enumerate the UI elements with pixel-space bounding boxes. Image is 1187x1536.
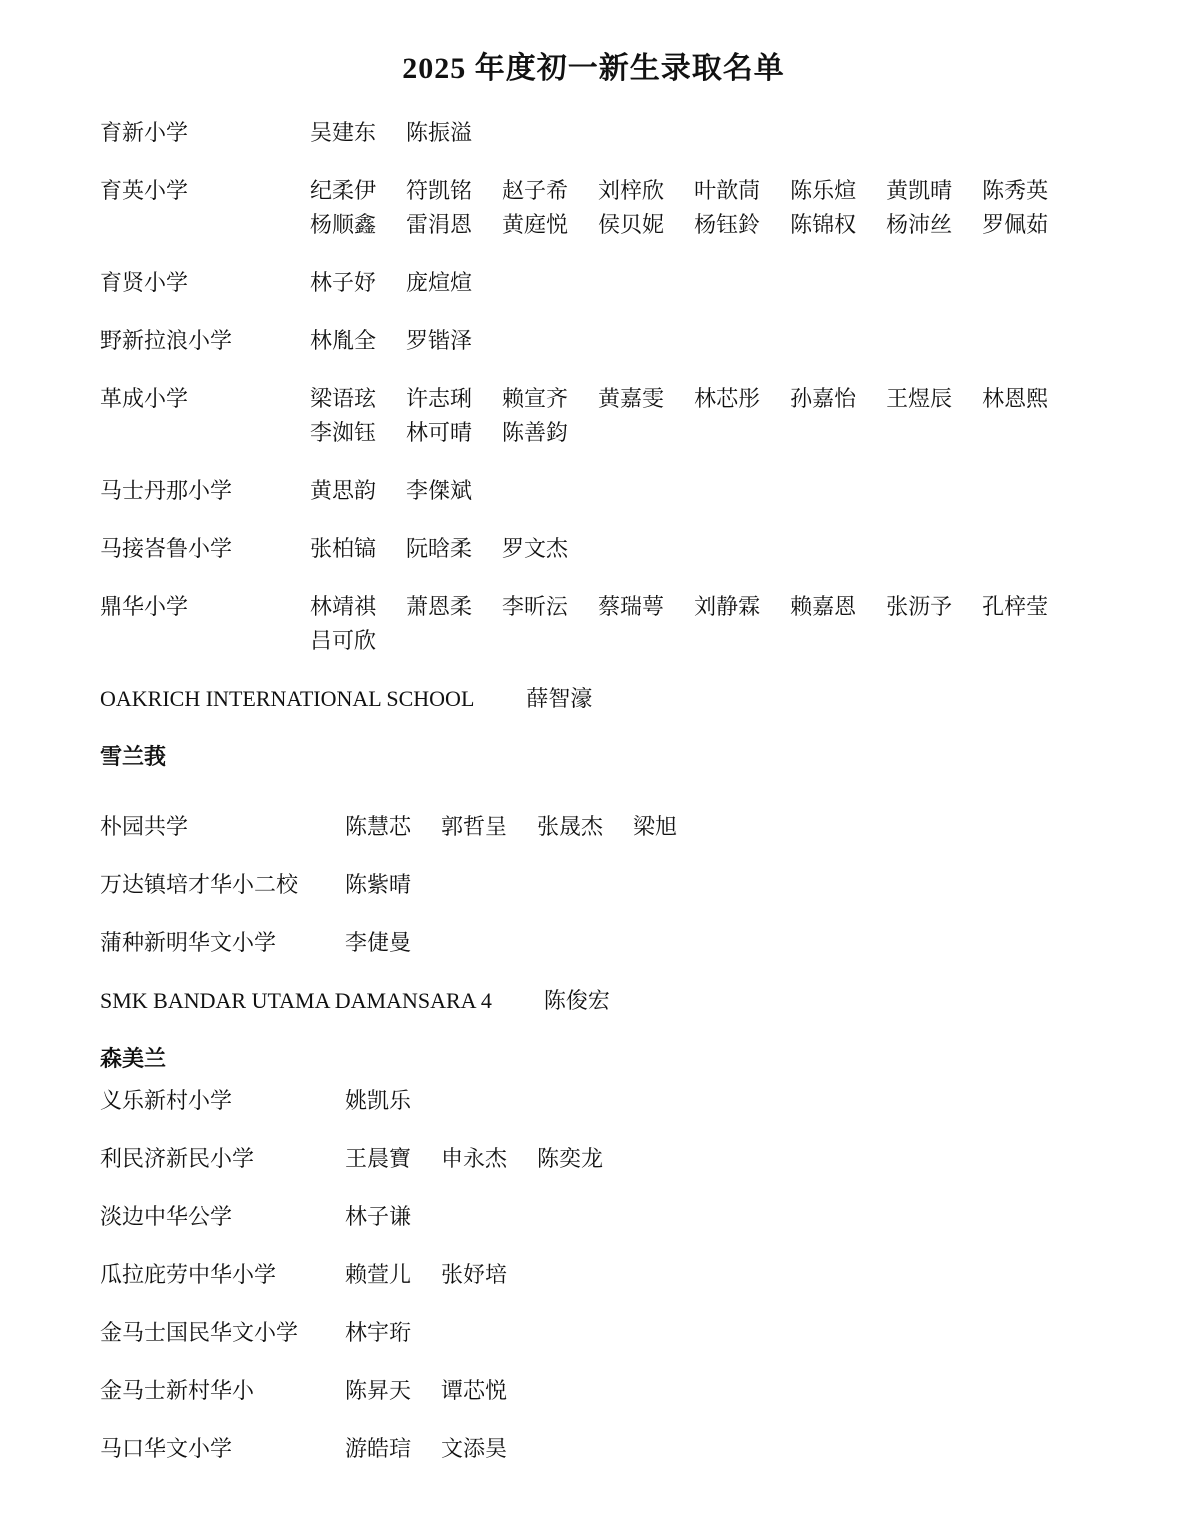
student-name: 李倢曼 xyxy=(345,926,411,960)
student-name: 赵子希 xyxy=(502,174,568,208)
student-list: 纪柔伊符凯铭赵子希刘梓欣叶歆茼陈乐煊黄凯晴陈秀英杨顺鑫雷涓恩黄庭悦侯贝妮杨钰鈴陈… xyxy=(310,174,1087,242)
student-name: 陈振溢 xyxy=(406,116,472,150)
school-row: 万达镇培才华小二校陈紫晴 xyxy=(100,868,1087,902)
student-list: 陈慧芯郭哲呈张晟杰梁旭 xyxy=(345,810,1087,844)
student-name: 赖萱儿 xyxy=(345,1258,411,1292)
student-name: 张沥予 xyxy=(886,590,952,624)
school-name: 万达镇培才华小二校 xyxy=(100,868,345,902)
student-name: 黄庭悦 xyxy=(502,208,568,242)
student-name: 杨顺鑫 xyxy=(310,208,376,242)
student-name: 刘梓欣 xyxy=(598,174,664,208)
student-name: 郭哲呈 xyxy=(441,810,507,844)
student-list: 王晨寶申永杰陈奕龙 xyxy=(345,1142,1087,1176)
school-name: 金马士新村华小 xyxy=(100,1374,345,1408)
student-list: 林胤全罗锴泽 xyxy=(310,324,1087,358)
school-name: 马士丹那小学 xyxy=(100,474,310,508)
school-name: 瓜拉庇劳中华小学 xyxy=(100,1258,345,1292)
student-name: 文添昊 xyxy=(441,1432,507,1466)
student-name: 林宇珩 xyxy=(345,1316,411,1350)
student-name: 萧恩柔 xyxy=(406,590,472,624)
school-name: 马接峇鲁小学 xyxy=(100,532,310,566)
school-row: 金马士新村华小陈昇天谭芯悦 xyxy=(100,1374,1087,1408)
section: 育新小学吴建东陈振溢育英小学纪柔伊符凯铭赵子希刘梓欣叶歆茼陈乐煊黄凯晴陈秀英杨顺… xyxy=(100,116,1087,716)
school-row: SMK BANDAR UTAMA DAMANSARA 4陈俊宏 xyxy=(100,984,1087,1018)
school-name: SMK BANDAR UTAMA DAMANSARA 4 xyxy=(100,984,544,1018)
student-name: 黄凯晴 xyxy=(886,174,952,208)
school-row: 育新小学吴建东陈振溢 xyxy=(100,116,1087,150)
student-list: 游皓琂文添昊 xyxy=(345,1432,1087,1466)
student-name: 陈俊宏 xyxy=(544,984,610,1018)
student-name: 陈乐煊 xyxy=(790,174,856,208)
school-row: 革成小学梁语玹许志琍赖宣齐黄嘉雯林芯彤孙嘉怡王煜辰林恩熙李洳钰林可晴陈善鈞 xyxy=(100,382,1087,450)
school-row: OAKRICH INTERNATIONAL SCHOOL薛智濠 xyxy=(100,682,1087,716)
student-name: 吴建东 xyxy=(310,116,376,150)
school-row: 育英小学纪柔伊符凯铭赵子希刘梓欣叶歆茼陈乐煊黄凯晴陈秀英杨顺鑫雷涓恩黄庭悦侯贝妮… xyxy=(100,174,1087,242)
school-row: 育贤小学林子妤庞煊煊 xyxy=(100,266,1087,300)
school-row: 利民济新民小学王晨寶申永杰陈奕龙 xyxy=(100,1142,1087,1176)
school-row: 金马士国民华文小学林宇珩 xyxy=(100,1316,1087,1350)
student-name: 陈昇天 xyxy=(345,1374,411,1408)
student-name: 梁语玹 xyxy=(310,382,376,416)
student-name: 李傑斌 xyxy=(406,474,472,508)
school-name: 育英小学 xyxy=(100,174,310,208)
student-name: 叶歆茼 xyxy=(694,174,760,208)
student-name: 陈奕龙 xyxy=(537,1142,603,1176)
student-name: 张晟杰 xyxy=(537,810,603,844)
section-heading: 森美兰 xyxy=(100,1042,1087,1076)
student-name: 林可晴 xyxy=(406,416,472,450)
student-name: 陈慧芯 xyxy=(345,810,411,844)
student-name: 林芯彤 xyxy=(694,382,760,416)
student-name: 罗佩茹 xyxy=(982,208,1048,242)
student-list: 林宇珩 xyxy=(345,1316,1087,1350)
student-list: 林子谦 xyxy=(345,1200,1087,1234)
school-row: 马口华文小学游皓琂文添昊 xyxy=(100,1432,1087,1466)
school-name: 义乐新村小学 xyxy=(100,1084,345,1118)
student-name: 赖宣齐 xyxy=(502,382,568,416)
school-row: 马接峇鲁小学张柏镐阮晗柔罗文杰 xyxy=(100,532,1087,566)
student-name: 纪柔伊 xyxy=(310,174,376,208)
school-name: 革成小学 xyxy=(100,382,310,416)
school-row: 蒲种新明华文小学李倢曼 xyxy=(100,926,1087,960)
school-row: 义乐新村小学姚凯乐 xyxy=(100,1084,1087,1118)
student-name: 蔡瑞萼 xyxy=(598,590,664,624)
student-name: 黄嘉雯 xyxy=(598,382,664,416)
student-name: 梁旭 xyxy=(633,810,677,844)
student-name: 赖嘉恩 xyxy=(790,590,856,624)
student-name: 罗锴泽 xyxy=(406,324,472,358)
school-name: 蒲种新明华文小学 xyxy=(100,926,345,960)
school-name: OAKRICH INTERNATIONAL SCHOOL xyxy=(100,682,526,716)
school-name: 鼎华小学 xyxy=(100,590,310,624)
student-list: 梁语玹许志琍赖宣齐黄嘉雯林芯彤孙嘉怡王煜辰林恩熙李洳钰林可晴陈善鈞 xyxy=(310,382,1087,450)
student-name: 侯贝妮 xyxy=(598,208,664,242)
school-row: 瓜拉庇劳中华小学赖萱儿张妤培 xyxy=(100,1258,1087,1292)
section: 雪兰莪朴园共学陈慧芯郭哲呈张晟杰梁旭万达镇培才华小二校陈紫晴蒲种新明华文小学李倢… xyxy=(100,740,1087,1018)
student-name: 吕可欣 xyxy=(310,624,376,658)
school-name: 野新拉浪小学 xyxy=(100,324,310,358)
school-row: 朴园共学陈慧芯郭哲呈张晟杰梁旭 xyxy=(100,810,1087,844)
student-list: 陈俊宏 xyxy=(544,984,1087,1018)
student-name: 孙嘉怡 xyxy=(790,382,856,416)
student-name: 谭芯悦 xyxy=(441,1374,507,1408)
school-name: 利民济新民小学 xyxy=(100,1142,345,1176)
student-name: 王晨寶 xyxy=(345,1142,411,1176)
section: 森美兰义乐新村小学姚凯乐利民济新民小学王晨寶申永杰陈奕龙淡边中华公学林子谦瓜拉庇… xyxy=(100,1042,1087,1466)
student-name: 姚凯乐 xyxy=(345,1084,411,1118)
student-list: 姚凯乐 xyxy=(345,1084,1087,1118)
student-list: 陈昇天谭芯悦 xyxy=(345,1374,1087,1408)
student-name: 黄思韵 xyxy=(310,474,376,508)
student-name: 张柏镐 xyxy=(310,532,376,566)
school-row: 马士丹那小学黄思韵李傑斌 xyxy=(100,474,1087,508)
student-name: 林子谦 xyxy=(345,1200,411,1234)
student-name: 雷涓恩 xyxy=(406,208,472,242)
school-row: 鼎华小学林靖祺萧恩柔李昕沄蔡瑞萼刘静霖赖嘉恩张沥予孔梓莹吕可欣 xyxy=(100,590,1087,658)
student-list: 李倢曼 xyxy=(345,926,1087,960)
school-name: 马口华文小学 xyxy=(100,1432,345,1466)
student-name: 李洳钰 xyxy=(310,416,376,450)
student-list: 林靖祺萧恩柔李昕沄蔡瑞萼刘静霖赖嘉恩张沥予孔梓莹吕可欣 xyxy=(310,590,1087,658)
student-name: 杨沛丝 xyxy=(886,208,952,242)
student-name: 王煜辰 xyxy=(886,382,952,416)
student-name: 张妤培 xyxy=(441,1258,507,1292)
student-name: 陈锦权 xyxy=(790,208,856,242)
school-name: 淡边中华公学 xyxy=(100,1200,345,1234)
student-list: 林子妤庞煊煊 xyxy=(310,266,1087,300)
student-name: 庞煊煊 xyxy=(406,266,472,300)
student-name: 陈紫晴 xyxy=(345,868,411,902)
school-row: 淡边中华公学林子谦 xyxy=(100,1200,1087,1234)
student-name: 阮晗柔 xyxy=(406,532,472,566)
section-heading: 雪兰莪 xyxy=(100,740,1087,774)
student-name: 李昕沄 xyxy=(502,590,568,624)
student-list: 吴建东陈振溢 xyxy=(310,116,1087,150)
student-name: 陈善鈞 xyxy=(502,416,568,450)
student-name: 孔梓莹 xyxy=(982,590,1048,624)
student-name: 陈秀英 xyxy=(982,174,1048,208)
student-name: 游皓琂 xyxy=(345,1432,411,1466)
student-name: 林子妤 xyxy=(310,266,376,300)
student-name: 符凯铭 xyxy=(406,174,472,208)
school-row: 野新拉浪小学林胤全罗锴泽 xyxy=(100,324,1087,358)
student-name: 杨钰鈴 xyxy=(694,208,760,242)
student-list: 张柏镐阮晗柔罗文杰 xyxy=(310,532,1087,566)
school-name: 育新小学 xyxy=(100,116,310,150)
student-list: 薛智濠 xyxy=(526,682,1087,716)
school-name: 育贤小学 xyxy=(100,266,310,300)
student-name: 许志琍 xyxy=(406,382,472,416)
student-list: 陈紫晴 xyxy=(345,868,1087,902)
student-name: 罗文杰 xyxy=(502,532,568,566)
student-name: 申永杰 xyxy=(441,1142,507,1176)
school-name: 金马士国民华文小学 xyxy=(100,1316,345,1350)
student-name: 林胤全 xyxy=(310,324,376,358)
student-list: 赖萱儿张妤培 xyxy=(345,1258,1087,1292)
student-name: 林恩熙 xyxy=(982,382,1048,416)
student-name: 薛智濠 xyxy=(526,682,592,716)
page-title: 2025 年度初一新生录取名单 xyxy=(100,50,1087,88)
student-list: 黄思韵李傑斌 xyxy=(310,474,1087,508)
student-name: 林靖祺 xyxy=(310,590,376,624)
student-name: 刘静霖 xyxy=(694,590,760,624)
school-name: 朴园共学 xyxy=(100,810,345,844)
admission-list: 育新小学吴建东陈振溢育英小学纪柔伊符凯铭赵子希刘梓欣叶歆茼陈乐煊黄凯晴陈秀英杨顺… xyxy=(100,116,1087,1466)
